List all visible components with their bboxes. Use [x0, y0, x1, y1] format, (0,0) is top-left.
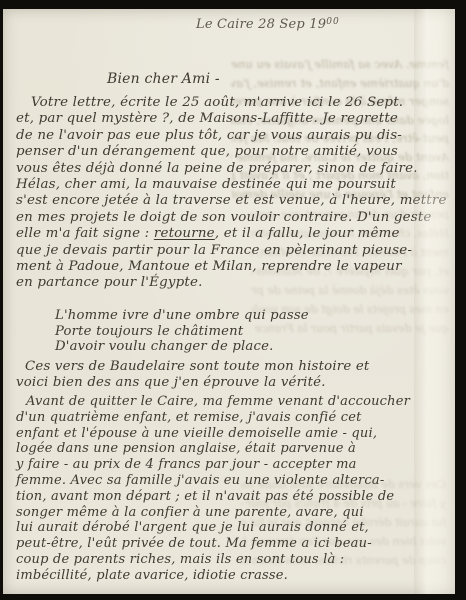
paragraph-3: Avant de quitter le Caire, ma femme vena…: [16, 394, 455, 584]
letter-page: femme. Avec sa famille j'avais eu une vi…: [3, 9, 455, 594]
handwritten-line: coup de parents riches, mais ils en sont…: [16, 552, 455, 568]
baudelaire-verse: L'homme ivre d'une ombre qui passe Porte…: [55, 308, 309, 355]
handwritten-line: en partance pour l'Égypte.: [16, 275, 452, 291]
handwritten-line: elle m'a fait signe : retourne, et il a …: [16, 226, 452, 242]
handwritten-line: Ces vers de Baudelaire sont toute mon hi…: [16, 359, 452, 375]
dateline: Le Caire 28 Sep 1900: [196, 17, 340, 32]
handwritten-line: en mes projets le doigt de son vouloir c…: [16, 210, 452, 226]
handwritten-line: Votre lettre, écrite le 25 août, m'arriv…: [16, 95, 452, 111]
handwritten-line: ment à Padoue, Mantoue et Milan, reprend…: [16, 259, 452, 275]
verse-line: D'avoir voulu changer de place.: [55, 339, 309, 355]
dateline-year-superscript: 00: [326, 17, 339, 27]
handwritten-line: s'est encore jetée à la traverse et est …: [16, 193, 452, 209]
handwritten-line: de ne l'avoir pas eue plus tôt, car je v…: [16, 128, 452, 144]
handwritten-line: vous êtes déjà donné la peine de prépare…: [16, 161, 452, 177]
paragraph-1: Votre lettre, écrite le 25 août, m'arriv…: [16, 95, 452, 292]
handwritten-line: d'un quatrième enfant, et remise, j'avai…: [16, 410, 455, 426]
handwritten-line: peut-être, l'eût privée de tout. Ma femm…: [16, 536, 455, 552]
handwritten-line: et, par quel mystère ?, de Maisons-Laffi…: [16, 111, 452, 127]
underlined-word: retourne: [154, 226, 215, 241]
handwritten-line: voici bien des ans que j'en éprouve la v…: [16, 375, 452, 391]
paper-fold-line: [414, 9, 455, 594]
verse-line: L'homme ivre d'une ombre qui passe: [55, 308, 309, 324]
handwritten-line: lui aurait dérobé l'argent que je lui au…: [16, 520, 455, 536]
verse-line: Porte toujours le châtiment: [55, 324, 309, 340]
line-segment: , et il a fallu, le jour même: [215, 226, 400, 241]
handwritten-line: y faire - au prix de 4 francs par jour -…: [16, 457, 455, 473]
handwritten-line: logée dans une pension anglaise, était p…: [16, 441, 455, 457]
paragraph-2: Ces vers de Baudelaire sont toute mon hi…: [16, 359, 452, 391]
handwritten-line: penser d'un dérangement que, pour notre …: [16, 144, 452, 160]
dateline-place-date: Le Caire 28 Sep 19: [196, 17, 326, 32]
line-segment: elle m'a fait signe :: [16, 226, 154, 241]
salutation: Bien cher Ami -: [107, 71, 220, 87]
handwritten-line: enfant et l'épouse à une vieille demoise…: [16, 426, 455, 442]
handwritten-line: imbécillité, plate avarice, idiotie cras…: [16, 568, 455, 584]
handwritten-line: Avant de quitter le Caire, ma femme vena…: [16, 394, 455, 410]
handwritten-line: que je devais partir pour la France en p…: [16, 243, 452, 259]
handwritten-line: Hélas, cher ami, la mauvaise destinée qu…: [16, 177, 452, 193]
handwritten-line: femme. Avec sa famille j'avais eu une vi…: [16, 473, 455, 489]
handwritten-line: tion, avant mon départ ; et il n'avait p…: [16, 489, 455, 505]
handwritten-line: songer même à la confier à une parente, …: [16, 505, 455, 521]
